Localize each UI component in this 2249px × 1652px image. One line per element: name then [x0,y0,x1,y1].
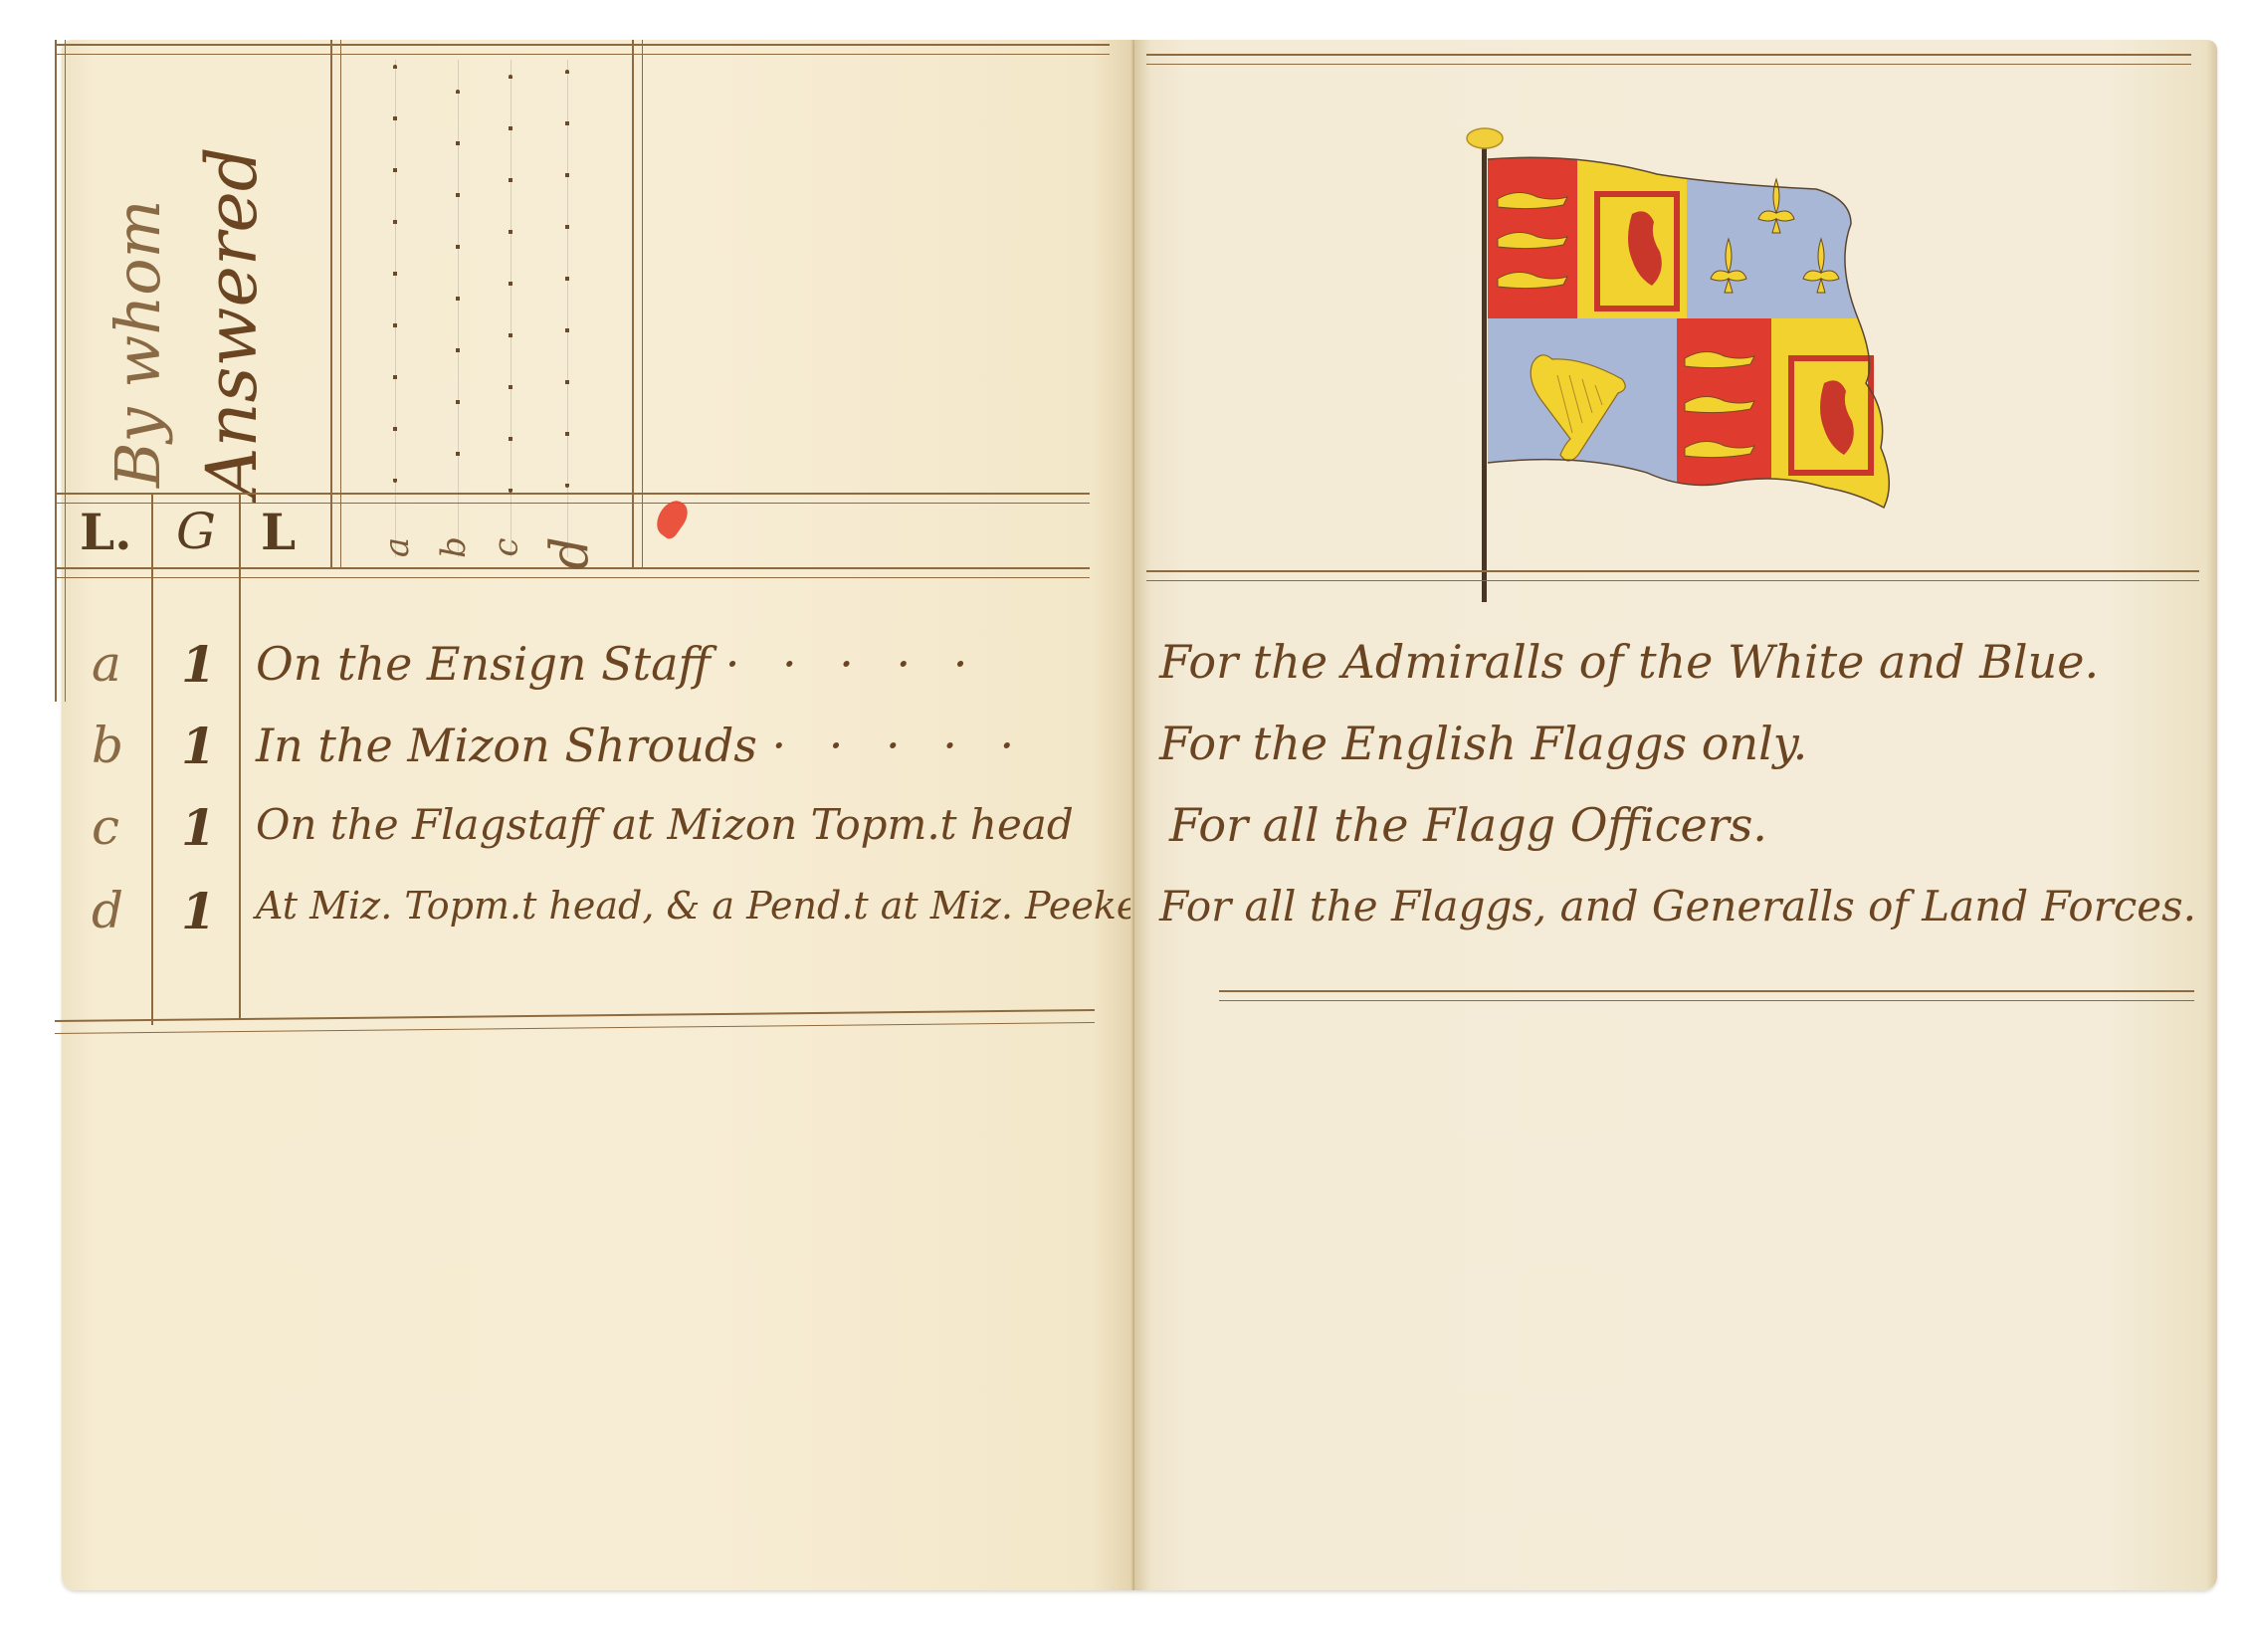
header-col-divider-2-inner [642,40,643,567]
right-page: For the Admiralls of the White and Blue.… [1134,40,2217,1590]
subcol-a: a [377,537,417,557]
row-position: On the Ensign Staff · · · · · [256,637,981,691]
royal-standard-flag-illustration [1458,114,1906,602]
header-col-divider-inner [340,40,341,567]
row-count: 1 [181,882,216,940]
header-col-divider-2 [632,40,634,567]
open-book: By whom Answered L. G L a b c d a 1 On t… [62,40,2217,1590]
header-row-top-rule [55,493,1090,495]
col-header-L2: L [261,503,296,561]
row-position: At Miz. Topm.t head, & a Pend.t at Miz. … [256,884,1150,928]
table-bottom-rule-inner [55,1022,1095,1034]
header-answered: Answered [191,146,273,498]
flag-icon [1458,114,1906,602]
dotted-line [565,70,569,488]
top-rule [1146,54,2191,56]
left-border-rule-inner [65,40,66,702]
row-letter: c [92,798,119,856]
row-letter: b [92,717,123,774]
top-rule [55,44,1110,46]
top-rule-inner [55,54,1110,55]
subcol-c: c [487,537,526,556]
col-divider-G [239,493,241,1020]
top-rule-inner [1146,64,2191,65]
header-by-whom: By whom [102,200,174,488]
header-col-divider [330,40,332,567]
row-letter: a [92,635,121,693]
description-row: For the Admiralls of the White and Blue. [1159,635,2099,689]
dotted-line [509,75,512,493]
bottom-rule-inner [1219,1000,2194,1001]
header-row-bottom-rule-inner [55,577,1090,578]
description-row: For the English Flaggs only. [1159,717,1807,770]
row-letter: d [92,882,123,939]
subcol-d: d [541,536,601,569]
col-divider-L [151,493,153,1025]
row-position: On the Flagstaff at Mizon Topm.t head [256,800,1074,849]
row-count: 1 [181,635,216,694]
col-header-L: L. [80,503,132,561]
bottom-rule [1219,990,2194,992]
description-row: For all the Flaggs, and Generalls of Lan… [1159,882,2196,930]
left-border-rule [55,40,57,702]
row-position: In the Mizon Shrouds · · · · · [256,719,1028,772]
dotted-line [393,65,397,483]
subcol-b: b [434,536,474,558]
row-count: 1 [181,798,216,857]
col-header-G: G [176,503,216,560]
section-rule-inner [1146,580,2199,581]
left-page: By whom Answered L. G L a b c d a 1 On t… [62,40,1134,1590]
section-rule [1146,570,2199,572]
table-bottom-rule [55,1009,1095,1022]
dotted-line [456,90,460,488]
row-count: 1 [181,717,216,775]
description-row: For all the Flagg Officers. [1169,798,1767,852]
